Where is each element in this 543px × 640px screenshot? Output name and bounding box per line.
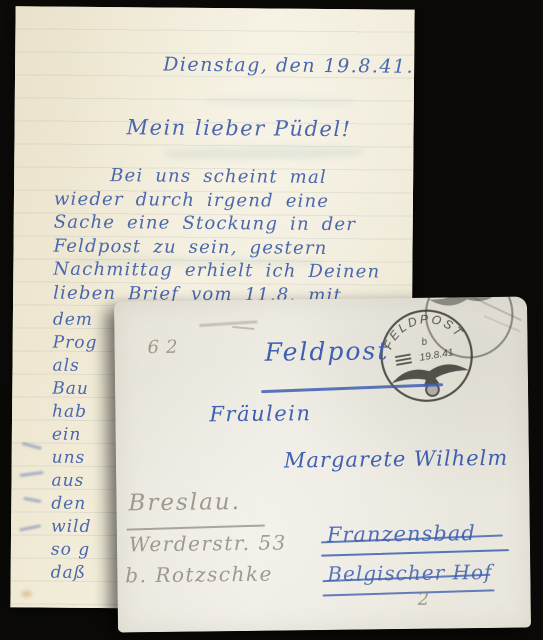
pencil-scribble [199, 320, 257, 327]
crossed-out-hotel: Belgischer Hof [327, 560, 492, 586]
forwarding-city: Breslau. [128, 489, 241, 516]
envelope-feldpost-header: Feldpost [264, 336, 389, 367]
recipient-name: Margarete Wilhelm [284, 446, 509, 473]
ink-bleedthrough [22, 442, 42, 450]
ink-bleedthrough [19, 524, 41, 531]
ink-bleedthrough [164, 146, 364, 161]
postmark-date: 19.8.41 [419, 347, 455, 364]
ink-bleedthrough [19, 471, 43, 477]
pencil-note: 2 [418, 589, 430, 610]
pencil-scribble [232, 326, 254, 330]
ink-bleedthrough [205, 96, 355, 107]
letter-body-line: wieder durch irgend eine [54, 187, 409, 214]
ink-bleedthrough [23, 497, 41, 503]
underline-stroke [321, 549, 509, 557]
paper-stain [18, 588, 34, 599]
forwarding-street: Werderstr. 53 [129, 530, 287, 556]
underline-stroke [323, 589, 495, 596]
envelope: FELDPOST b 19.8.41 Feldpost Fräulein [114, 296, 531, 632]
forwarding-city-underline [127, 525, 265, 531]
letter-body: Bei uns scheint mal wieder durch irgend … [53, 164, 409, 308]
forwarding-care-of: b. Rotzschke [125, 562, 273, 588]
letter-body-line: Nachmittag erhielt ich Deinen [53, 258, 408, 285]
postmark-code-letter: b [421, 337, 429, 349]
crossed-out-city: Franzensbad [327, 521, 476, 547]
letter-salutation: Mein lieber Püdel! [126, 115, 351, 141]
photo-stage: Dienstag, den 19.8.41. Mein lieber Püdel… [0, 0, 543, 640]
letter-body-line: Bei uns scheint mal [54, 164, 409, 191]
pencil-number: 62 [147, 337, 184, 358]
recipient-title: Fräulein [209, 401, 311, 426]
letter-body-line: Sache eine Stockung in der [54, 211, 409, 238]
letter-date-line: Dienstag, den 19.8.41. [163, 54, 414, 78]
letter-body-line: Feldpost zu sein, gestern [53, 234, 408, 261]
